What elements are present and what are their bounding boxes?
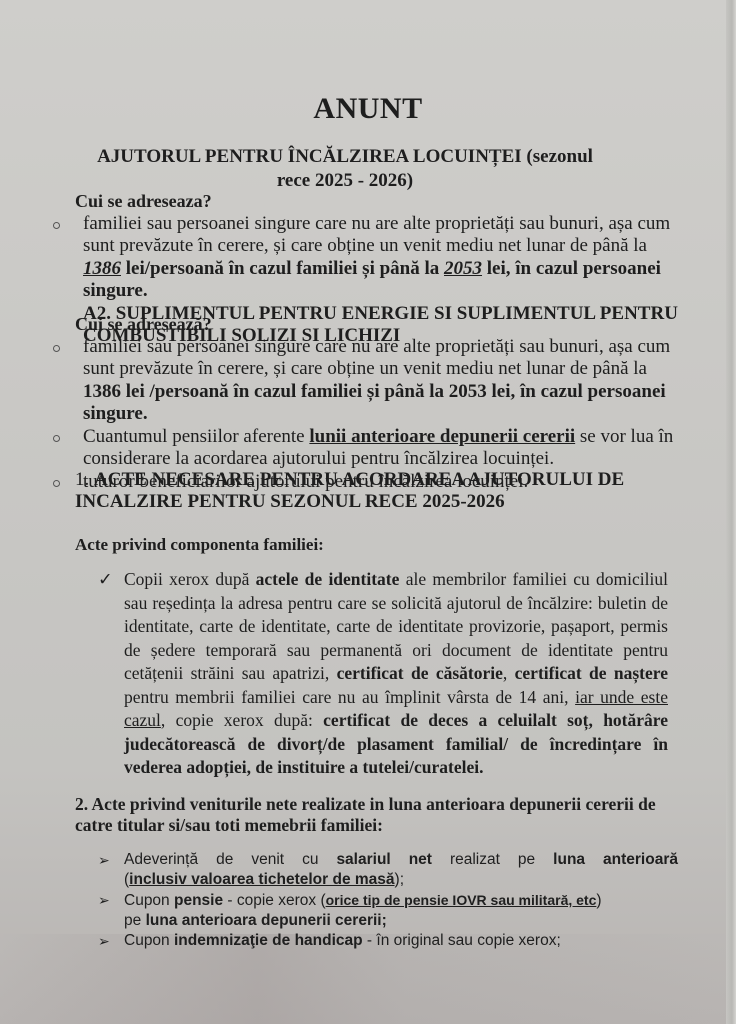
section-2-list: ➢ Adeverință de venit cu salariul net re… [98,850,678,951]
section-a2-bullet-1: familiei sau persoanei singure care nu a… [75,336,687,426]
list-item-pension: ➢ Cupon pensie - copie xerox (orice tip … [98,890,678,931]
arrow-bullet-icon: ➢ [98,931,110,951]
bullet-circle-icon [53,222,60,229]
bullet-circle-icon [53,480,60,487]
section-a2: Cui se adresează? familiei sau persoanei… [75,313,687,493]
section-a2-question: Cui se adresează? [75,313,687,336]
list-item-disability: ➢ Cupon indemnizaţie de handicap - în or… [98,931,678,951]
document-subtitle: AJUTORUL PENTRU ÎNCĂLZIREA LOCUINȚEI (se… [85,145,605,193]
arrow-bullet-icon: ➢ [98,890,110,910]
section-a2-bullet-2: Cuantumul pensiilor aferente lunii anter… [75,426,687,471]
section-1-heading: 1. ACTE NECESARE PENTRU ACORDAREA AJUTOR… [75,469,635,513]
section-a1-question: Cui se adreseaza? [75,190,687,213]
bullet-circle-icon [53,435,60,442]
checkmark-icon: ✓ [98,568,113,592]
section-a1-bullet: familiei sau persoanei singure care nu a… [75,213,687,303]
list-item-income: ➢ Adeverință de venit cu salariul net re… [98,850,678,890]
section-2-heading: 2. Acte privind veniturile nete realizat… [75,794,695,836]
document-title: ANUNT [0,92,736,126]
amount-single: 2053 [444,258,482,279]
section-1-subheading: Acte privind componenta familiei: [75,535,324,555]
amount-family: 1386 [83,258,121,279]
page-edge [726,0,736,1024]
arrow-bullet-icon: ➢ [98,850,110,870]
bullet-circle-icon [53,345,60,352]
section-1-check-item: ✓ Copii xerox după actele de identitate … [98,568,668,780]
